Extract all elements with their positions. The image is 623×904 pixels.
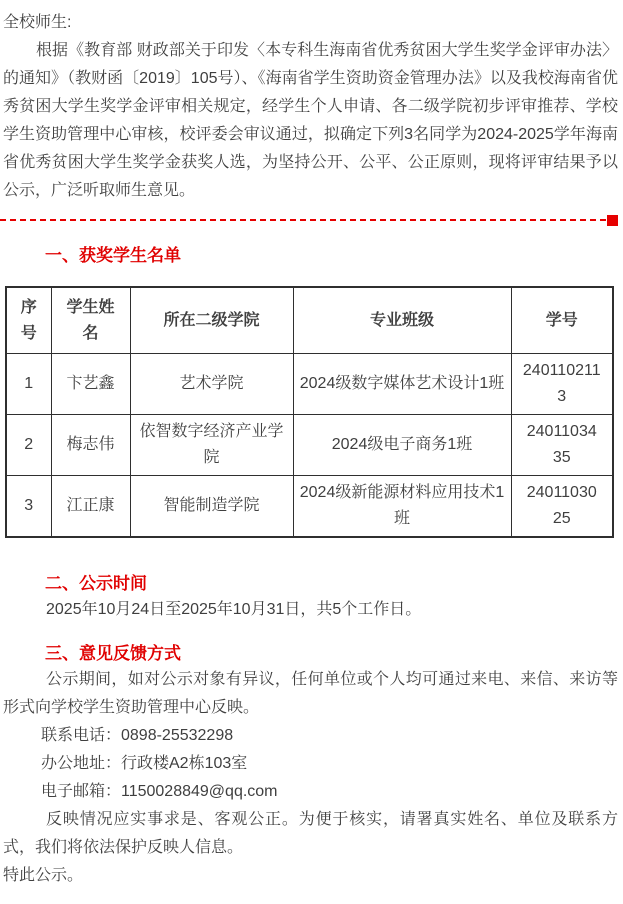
cell-student-name: 卞艺鑫 xyxy=(51,354,130,415)
scholarship-announcement-document: 全校师生: 根据《教育部 财政部关于印发〈本专科生海南省优秀贫困大学生奖学金评审… xyxy=(0,0,623,904)
table-row: 2 梅志伟 依智数字经济产业学院 2024级电子商务1班 2401103435 xyxy=(6,415,613,476)
feedback-instructions: 公示期间，如对公示对象有异议，任何单位或个人均可通过来电、来信、来访等形式向学校… xyxy=(3,666,618,722)
divider-dashed-line-icon xyxy=(0,219,606,221)
contact-phone: 联系电话：0898-25532298 xyxy=(3,722,618,750)
cell-major-class: 2024级电子商务1班 xyxy=(293,415,511,476)
column-header-major-class: 专业班级 xyxy=(293,287,511,354)
intro-paragraph: 根据《教育部 财政部关于印发〈本专科生海南省优秀贫困大学生奖学金评审办法〉的通知… xyxy=(3,37,618,205)
cell-college: 艺术学院 xyxy=(130,354,293,415)
feedback-note: 反映情况应实事求是、客观公正。为便于核实，请署真实姓名、单位及联系方式，我们将依… xyxy=(3,806,618,862)
closing-statement: 特此公示。 xyxy=(3,862,618,890)
cell-student-id: 2401102113 xyxy=(511,354,613,415)
award-students-table: 序号 学生姓名 所在二级学院 专业班级 学号 1 卞艺鑫 艺术学院 2024级数… xyxy=(5,286,614,538)
cell-college: 依智数字经济产业学院 xyxy=(130,415,293,476)
contact-address: 办公地址：行政楼A2栋103室 xyxy=(3,750,618,778)
table-header-row: 序号 学生姓名 所在二级学院 专业班级 学号 xyxy=(6,287,613,354)
section3-heading: 三、意见反馈方式 xyxy=(45,642,623,666)
cell-student-id: 2401103435 xyxy=(511,415,613,476)
cell-student-name: 梅志伟 xyxy=(51,415,130,476)
column-header-student-id: 学号 xyxy=(511,287,613,354)
cell-index: 3 xyxy=(6,476,51,538)
cell-college: 智能制造学院 xyxy=(130,476,293,538)
column-header-college: 所在二级学院 xyxy=(130,287,293,354)
red-dashed-divider xyxy=(0,214,623,226)
contact-email: 电子邮箱：1150028849@qq.com xyxy=(3,778,618,806)
column-header-student-name: 学生姓名 xyxy=(51,287,130,354)
cell-index: 2 xyxy=(6,415,51,476)
publicity-period-text: 2025年10月24日至2025年10月31日，共5个工作日。 xyxy=(3,596,618,624)
cell-student-id: 2401103025 xyxy=(511,476,613,538)
table-row: 3 江正康 智能制造学院 2024级新能源材料应用技术1班 2401103025 xyxy=(6,476,613,538)
salutation: 全校师生: xyxy=(3,9,618,37)
section2-heading: 二、公示时间 xyxy=(45,572,623,596)
section1-heading: 一、获奖学生名单 xyxy=(45,244,623,268)
cell-major-class: 2024级数字媒体艺术设计1班 xyxy=(293,354,511,415)
cell-major-class: 2024级新能源材料应用技术1班 xyxy=(293,476,511,538)
column-header-index: 序号 xyxy=(6,287,51,354)
cell-student-name: 江正康 xyxy=(51,476,130,538)
table-row: 1 卞艺鑫 艺术学院 2024级数字媒体艺术设计1班 2401102113 xyxy=(6,354,613,415)
divider-end-square-icon xyxy=(607,215,618,226)
cell-index: 1 xyxy=(6,354,51,415)
